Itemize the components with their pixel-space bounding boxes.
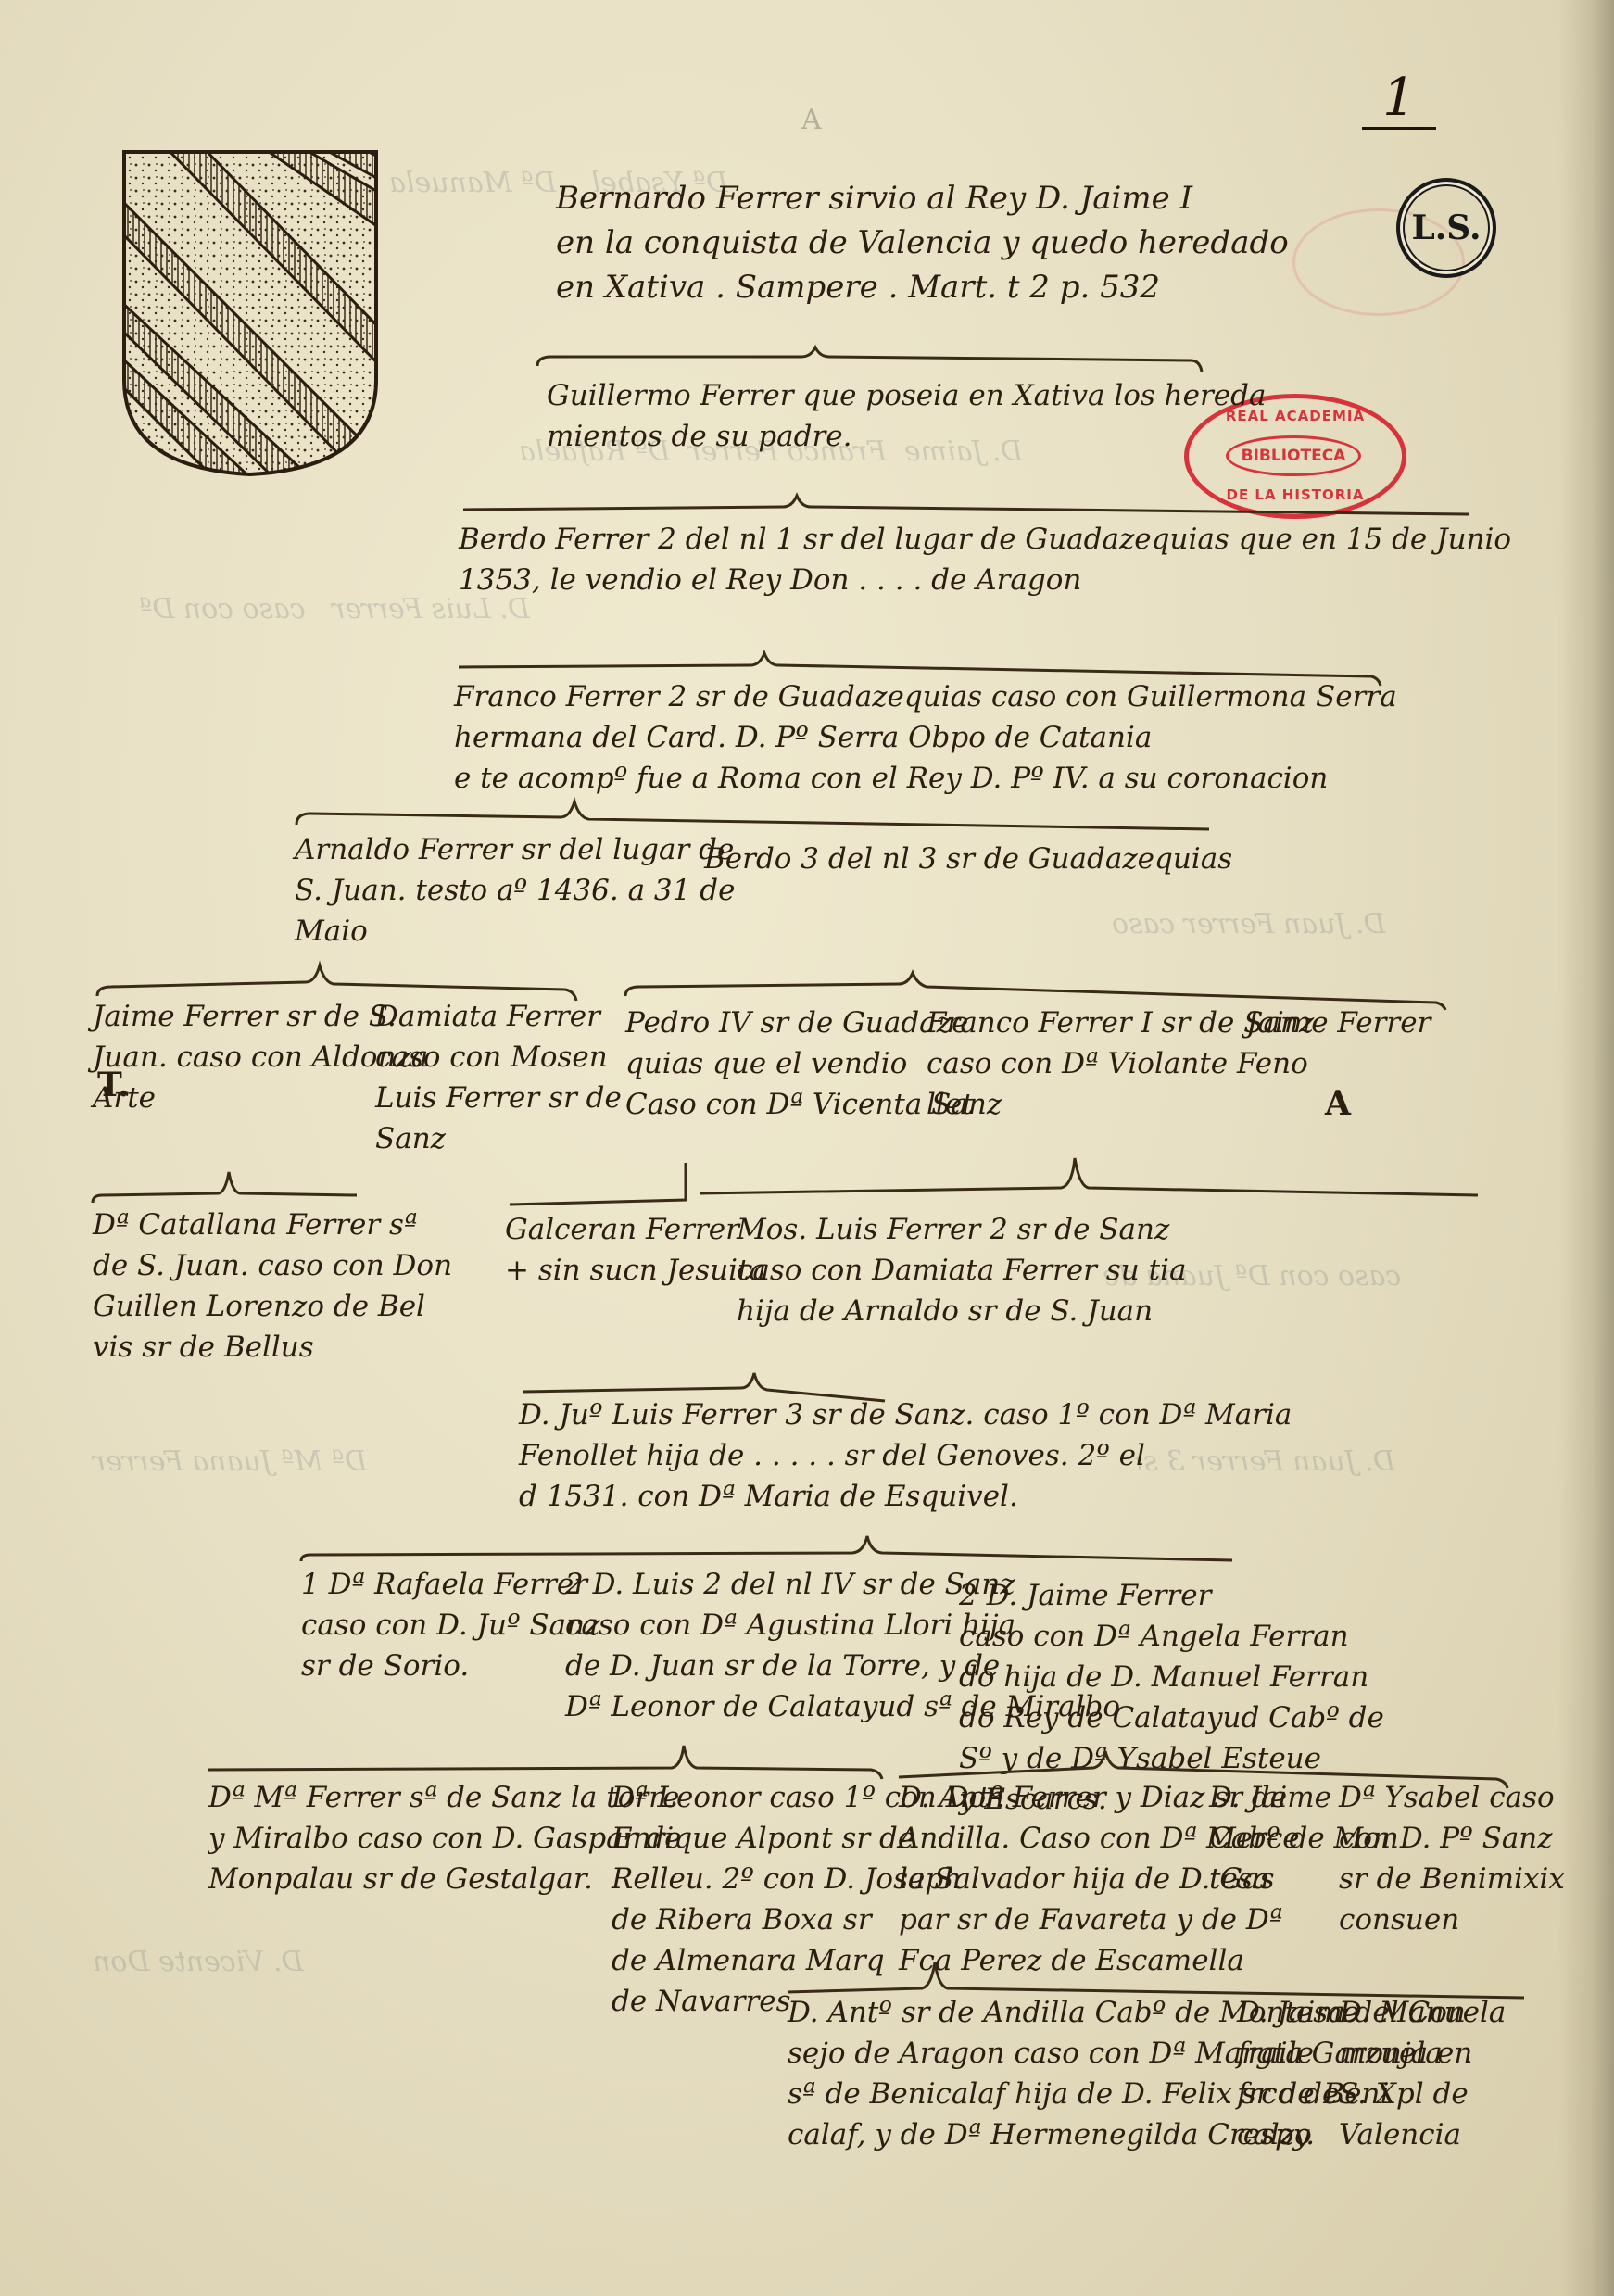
brace-connector	[88, 1167, 366, 1205]
tree-node-gen5-bernardo: Berdo 3 del nl 3 sr de Guadazequias	[704, 839, 1232, 879]
brace-connector	[292, 797, 1218, 834]
bleed-through-text: D. Vicente Don	[93, 1946, 303, 1978]
brace-connector	[533, 347, 1209, 375]
brace-connector	[93, 964, 593, 1001]
tree-node-gen6-jaime2: Jaime Ferrer	[1246, 1003, 1431, 1043]
pencil-mark: A	[801, 104, 822, 136]
tree-node-gen10-ysabel: Dª Ysabel caso con D. Pº Sanz sr de Beni…	[1339, 1777, 1565, 1940]
tree-node-root: Bernardo Ferrer sirvio al Rey D. Jaime I…	[556, 176, 1289, 309]
tree-node-gen7-galceran: Galceran Ferrer + sin sucn Jesuita	[505, 1209, 766, 1291]
tree-node-gen6-damiata: Damiata Ferrer caso con Mosen Luis Ferre…	[375, 996, 622, 1159]
bleed-through-text: D. Juan Ferrer caso	[1112, 908, 1386, 940]
tree-node-gen11-manuela: D. Manuela monja en S. Xpl de Valencia	[1339, 1992, 1506, 2155]
tree-node-gen9-rafaela: 1 Dª Rafaela Ferrer caso con D. Juº Sanz…	[301, 1564, 599, 1686]
marker-A: A	[1325, 1084, 1351, 1123]
ls-seal-stamp: L.S.	[1396, 178, 1496, 278]
marker-T: T.	[97, 1066, 130, 1104]
tree-node-gen2: Guillermo Ferrer que poseia en Xativa lo…	[547, 375, 1266, 457]
tree-node-gen5-arnaldo: Arnaldo Ferrer sr del lugar de S. Juan. …	[295, 829, 735, 952]
tree-node-gen3: Berdo Ferrer 2 del nl 1 sr del lugar de …	[459, 519, 1511, 600]
folio-number: 1	[1362, 69, 1436, 130]
tree-node-gen4: Franco Ferrer 2 sr de Guadazequias caso …	[454, 676, 1397, 799]
tree-node-gen10-maria: Dª Mª Ferrer sª de Sanz la torre y Miral…	[208, 1777, 682, 1899]
tree-node-gen7-catallana: Dª Catallana Ferrer sª de S. Juan. caso …	[93, 1205, 452, 1368]
manuscript-page: Dª Ysabel Dª Manuela D. Jaime Franco Fer…	[0, 0, 1614, 2296]
brace-connector	[296, 1520, 1242, 1566]
bleed-through-text: Dª Mª Juana Ferrer	[93, 1445, 367, 1478]
coat-of-arms-shield-icon	[120, 148, 380, 481]
tree-node-gen7-luis: Mos. Luis Ferrer 2 sr de Sanz caso con D…	[737, 1209, 1186, 1331]
brace-connector	[204, 1742, 889, 1779]
tree-node-gen8-juan-luis: D. Juº Luis Ferrer 3 sr de Sanz. caso 1º…	[519, 1394, 1292, 1517]
brace-connector	[561, 1149, 1487, 1205]
